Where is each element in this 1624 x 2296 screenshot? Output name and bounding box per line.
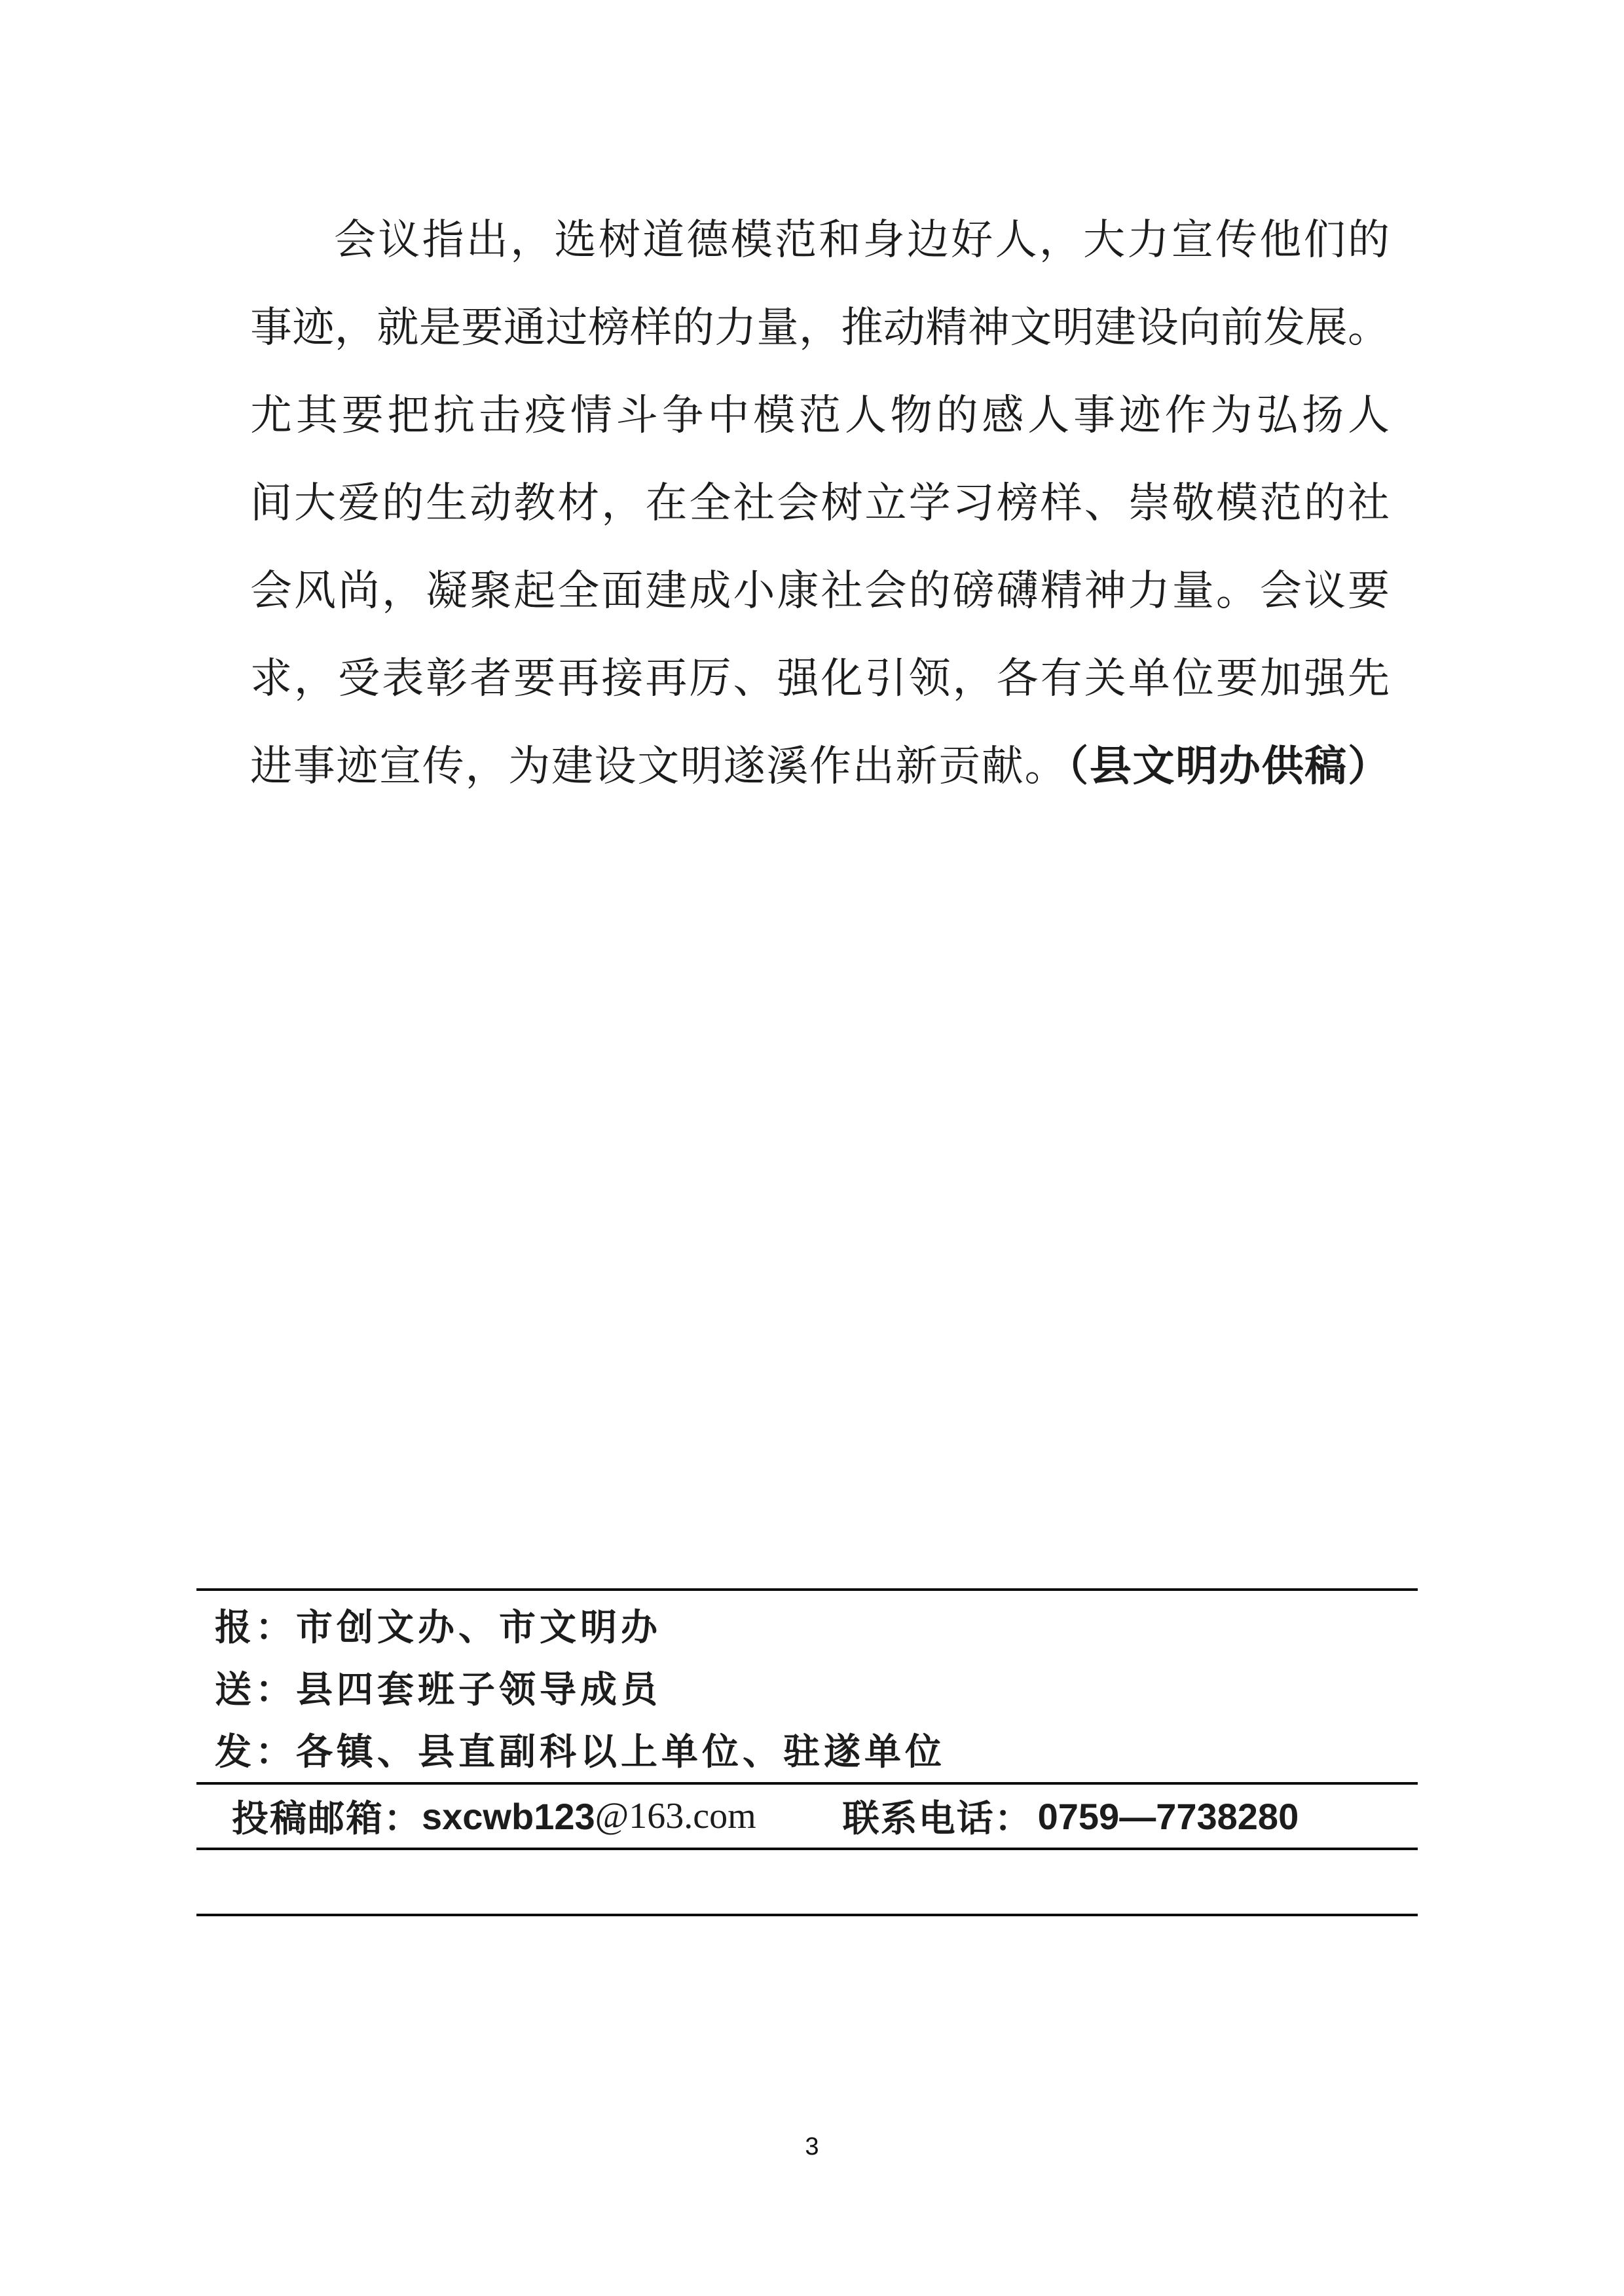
attribution-text: （县文明办供稿）	[1067, 743, 1390, 790]
page-number: 3	[0, 2134, 1624, 2159]
paragraph-last-line: 进事迹宣传，为建设文明遂溪作出新贡献。（县文明办供稿）	[250, 723, 1390, 811]
phone-number: 0759—7738280	[1038, 1795, 1299, 1838]
paragraph-line: 尤其要把抗击疫情斗争中模范人物的感人事迹作为弘扬人	[250, 372, 1390, 460]
footer-bottom-rule	[196, 1914, 1418, 1916]
footer-top-rule	[196, 1588, 1418, 1591]
paragraph-line: 会风尚，凝聚起全面建成小康社会的磅礴精神力量。会议要	[250, 547, 1390, 635]
distribution-line-report: 报：市创文办、市文明办	[215, 1597, 946, 1660]
email-domain: @163.com	[595, 1795, 756, 1837]
paragraph-line: 事迹，就是要通过榜样的力量，推动精神文明建设向前发展。	[250, 284, 1390, 372]
contact-line: 投稿邮箱：sxcwb123@163.com联系电话：0759—7738280	[232, 1785, 1299, 1848]
paragraph-line: 间大爱的生动教材，在全社会树立学习榜样、崇敬模范的社	[250, 460, 1390, 547]
email-label: 投稿邮箱：	[232, 1790, 422, 1842]
distribution-line-issue: 发：各镇、县直副科以上单位、驻遂单位	[215, 1722, 946, 1784]
phone-label: 联系电话：	[843, 1790, 1033, 1842]
email-user: sxcwb123	[422, 1795, 595, 1838]
distribution-line-send: 送：县四套班子领导成员	[215, 1660, 946, 1722]
paragraph-last-line-text: 进事迹宣传，为建设文明遂溪作出新贡献。	[250, 743, 1067, 790]
paragraph-line: 求，受表彰者要再接再厉、强化引领，各有关单位要加强先	[250, 635, 1390, 723]
footer-contact-rule	[196, 1848, 1418, 1850]
paragraph-line: 会议指出，选树道德模范和身边好人，大力宣传他们的	[250, 196, 1390, 284]
main-paragraph: 会议指出，选树道德模范和身边好人，大力宣传他们的 事迹，就是要通过榜样的力量，推…	[250, 196, 1390, 811]
distribution-block: 报：市创文办、市文明办 送：县四套班子领导成员 发：各镇、县直副科以上单位、驻遂…	[215, 1597, 946, 1784]
document-page: 会议指出，选树道德模范和身边好人，大力宣传他们的 事迹，就是要通过榜样的力量，推…	[0, 0, 1624, 2296]
